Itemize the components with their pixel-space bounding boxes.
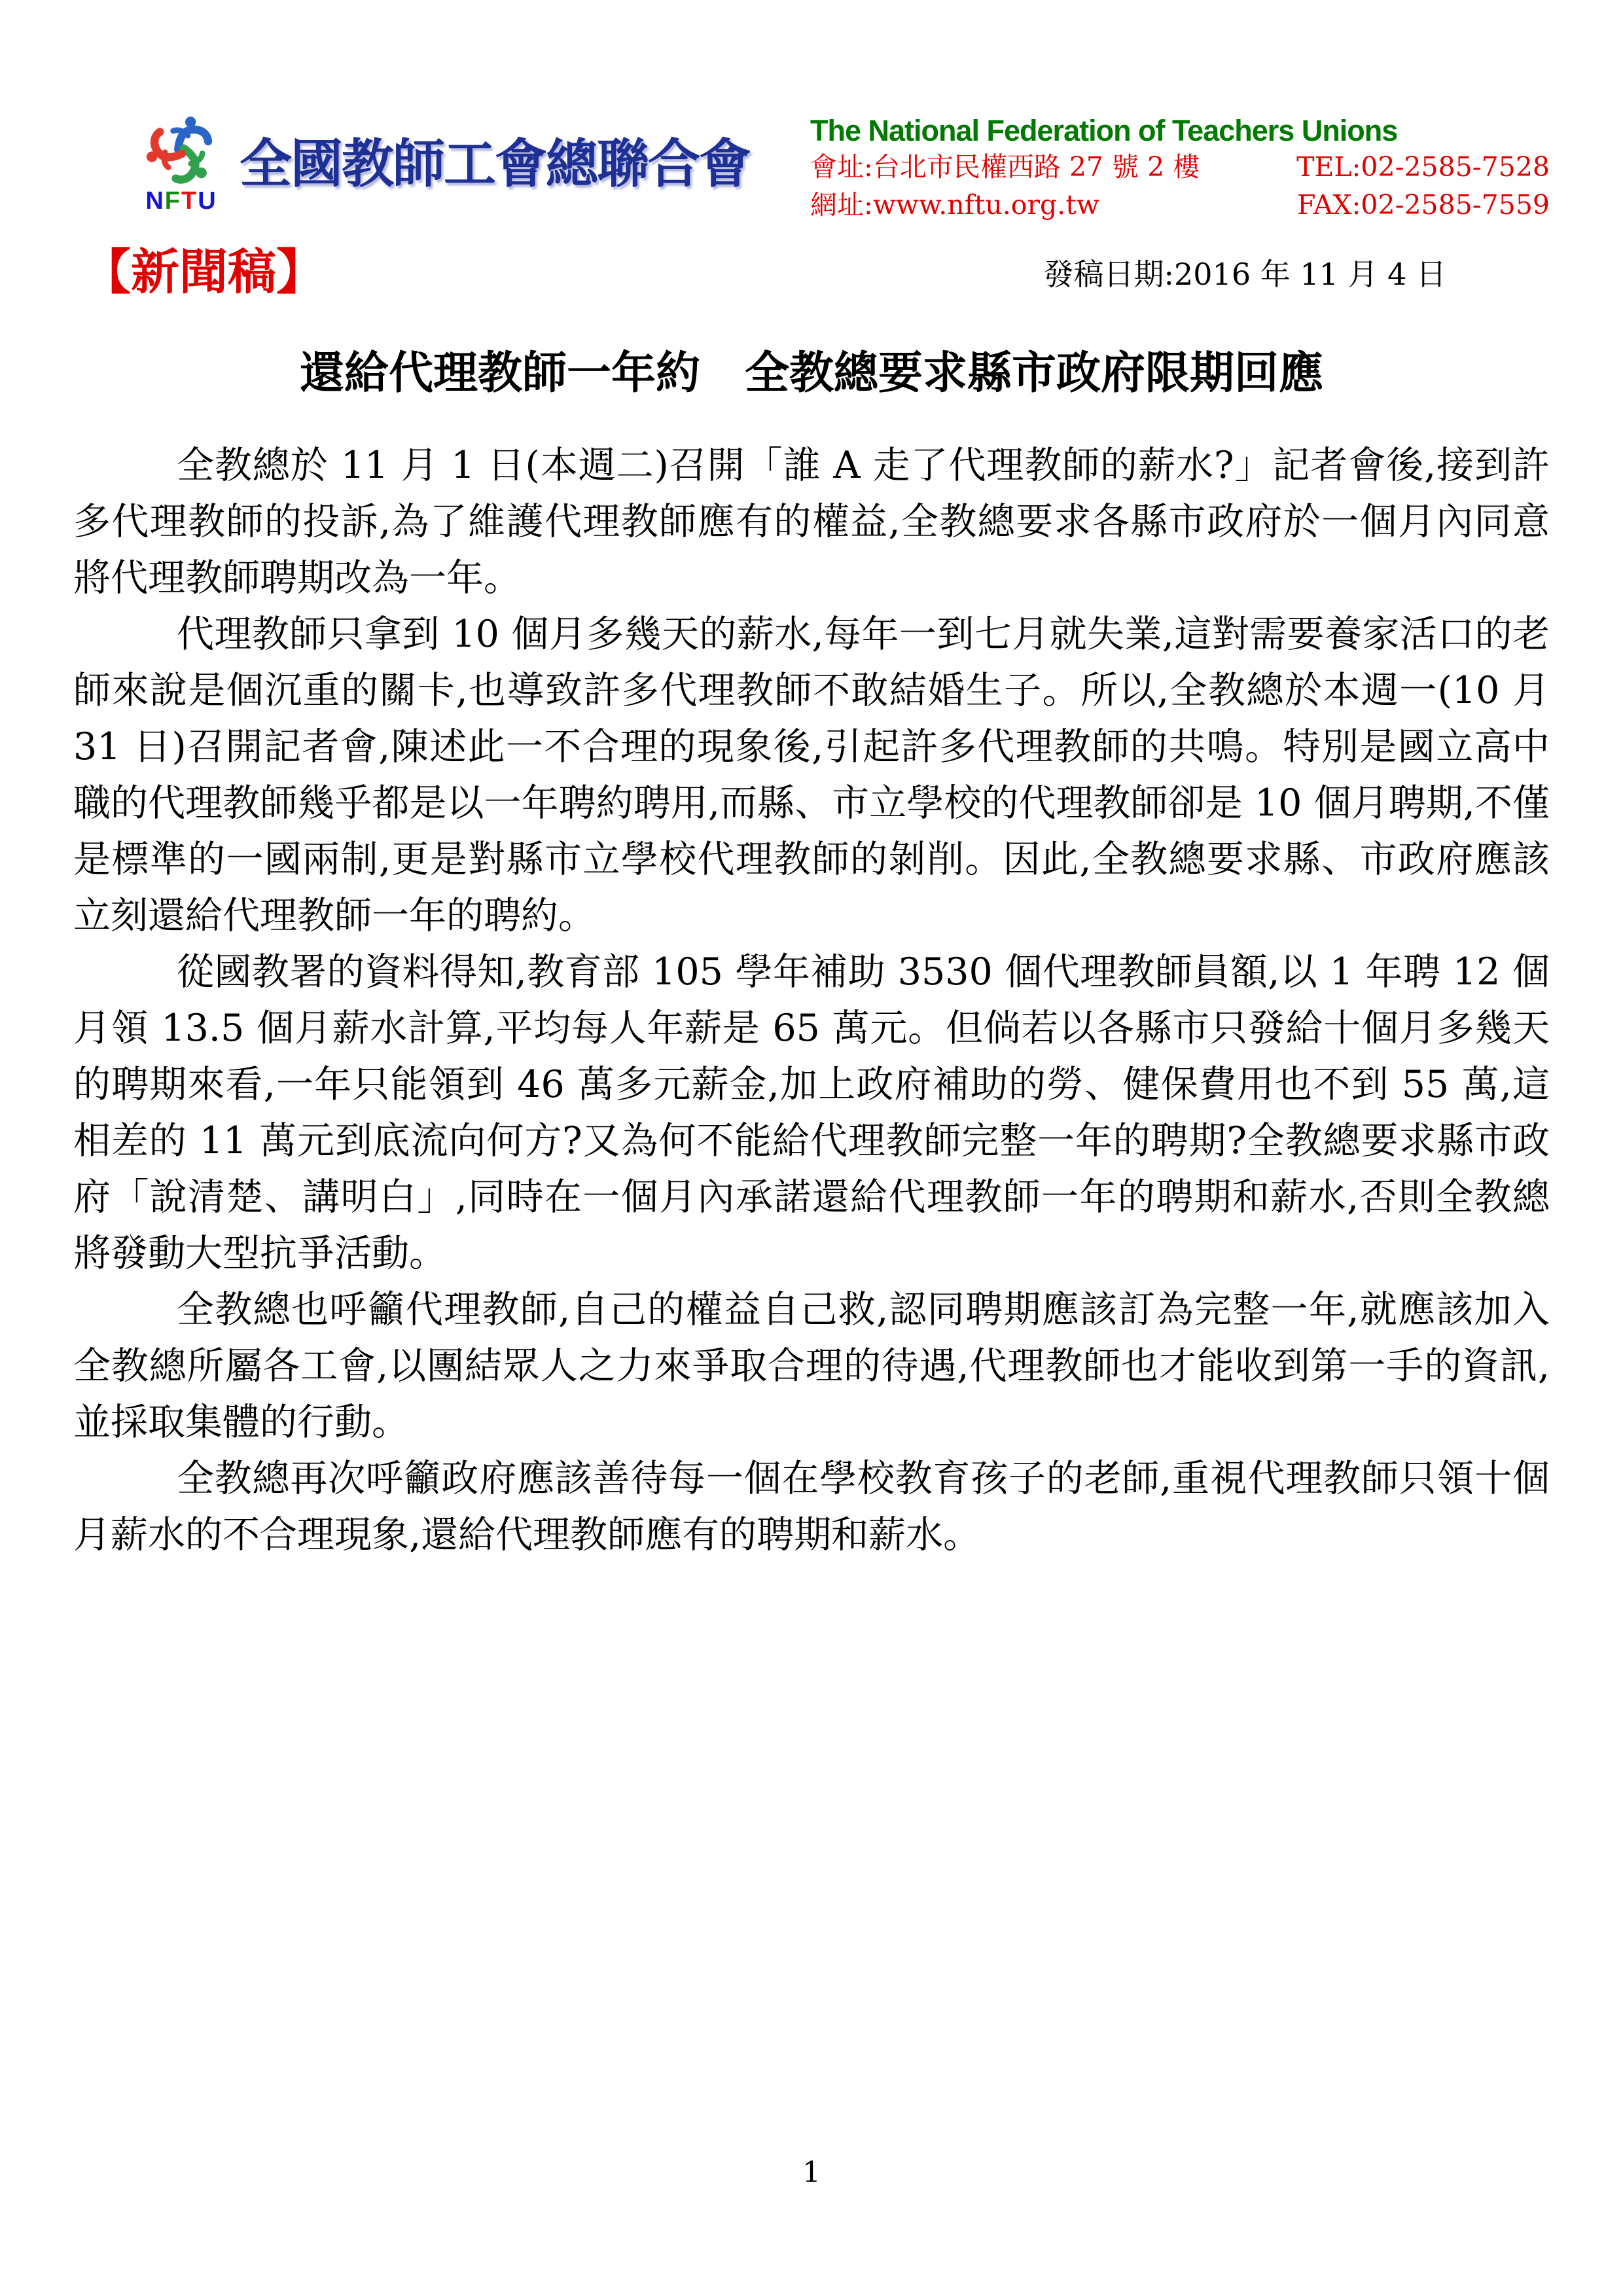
tel-label: TEL:02-2585-7528 (1296, 148, 1550, 186)
release-date: 發稿日期:2016 年 11 月 4 日 (1044, 251, 1446, 294)
nftu-letter: N (145, 187, 164, 215)
paragraph: 從國教署的資料得知,教育部 105 學年補助 3530 個代理教師員額,以 1 … (73, 944, 1550, 1282)
nftu-letter: T (181, 187, 198, 215)
press-release-meta-row: 【新聞稿】 發稿日期:2016 年 11 月 4 日 (73, 241, 1550, 304)
org-name-english: The National Federation of Teachers Unio… (810, 114, 1550, 148)
page-title: 還給代理教師一年約 全教總要求縣市政府限期回應 (73, 342, 1550, 404)
nftu-letter: U (198, 187, 217, 215)
three-figures-icon (139, 110, 223, 191)
letterhead-contact-block: The National Federation of Teachers Unio… (810, 110, 1550, 224)
document-body: 全教總於 11 月 1 日(本週二)召開「誰 A 走了代理教師的薪水?」記者會後… (73, 437, 1550, 1563)
nftu-logo: NFTU (132, 110, 230, 213)
nftu-letter: F (165, 187, 181, 215)
contact-row-2: 網址:www.nftu.org.tw FAX:02-2585-7559 (810, 186, 1550, 224)
page-number: 1 (0, 2156, 1623, 2189)
paragraph: 全教總於 11 月 1 日(本週二)召開「誰 A 走了代理教師的薪水?」記者會後… (73, 437, 1550, 606)
letterhead: NFTU 全國教師工會總聯合會 The National Federation … (73, 110, 1550, 224)
paragraph: 全教總也呼籲代理教師,自己的權益自己救,認同聘期應該訂為完整一年,就應該加入全教… (73, 1282, 1550, 1450)
paragraph: 代理教師只拿到 10 個月多幾天的薪水,每年一到七月就失業,這對需要養家活口的老… (73, 606, 1550, 944)
nftu-acronym: NFTU (145, 188, 217, 213)
paragraph: 全教總再次呼籲政府應該善待每一個在學校教育孩子的老師,重視代理教師只領十個月薪水… (73, 1450, 1550, 1563)
contact-row-1: 會址:台北市民權西路 27 號 2 樓 TEL:02-2585-7528 (810, 148, 1550, 186)
fax-label: FAX:02-2585-7559 (1297, 186, 1550, 224)
doc-type-label: 【新聞稿】 (82, 241, 325, 304)
org-name-chinese: 全國教師工會總聯合會 (240, 122, 750, 197)
website-label: 網址:www.nftu.org.tw (810, 186, 1099, 224)
press-release-page: NFTU 全國教師工會總聯合會 The National Federation … (0, 0, 1623, 2296)
address-label: 會址:台北市民權西路 27 號 2 樓 (810, 148, 1200, 186)
